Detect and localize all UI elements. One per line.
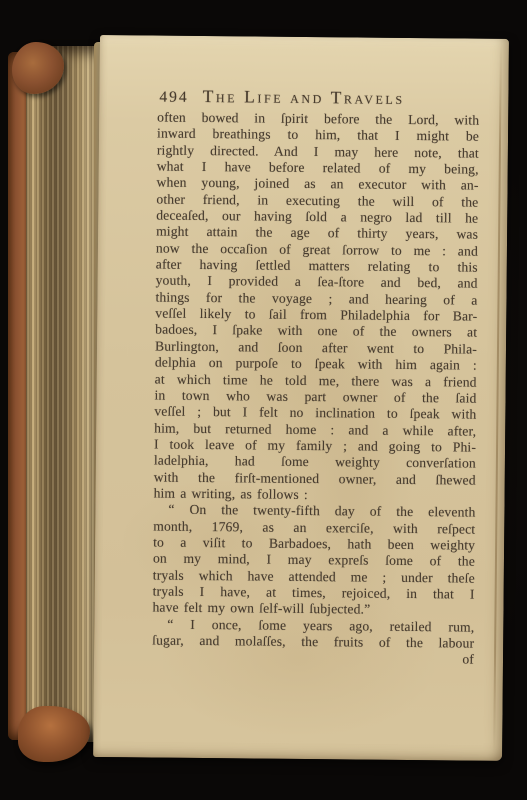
page-edges-stack [26, 46, 98, 742]
page-header: 494 The Life and Travels [159, 86, 481, 110]
catchword: of [152, 649, 474, 668]
running-title: The Life and Travels [203, 86, 482, 110]
book-page: 494 The Life and Travels often bowed in … [93, 35, 509, 761]
spine-tailcap [18, 706, 90, 762]
text-block: often bowed in ſpirit before the Lord, w… [152, 110, 479, 669]
book-photo: 494 The Life and Travels often bowed in … [0, 0, 527, 800]
page-number: 494 [159, 89, 188, 107]
